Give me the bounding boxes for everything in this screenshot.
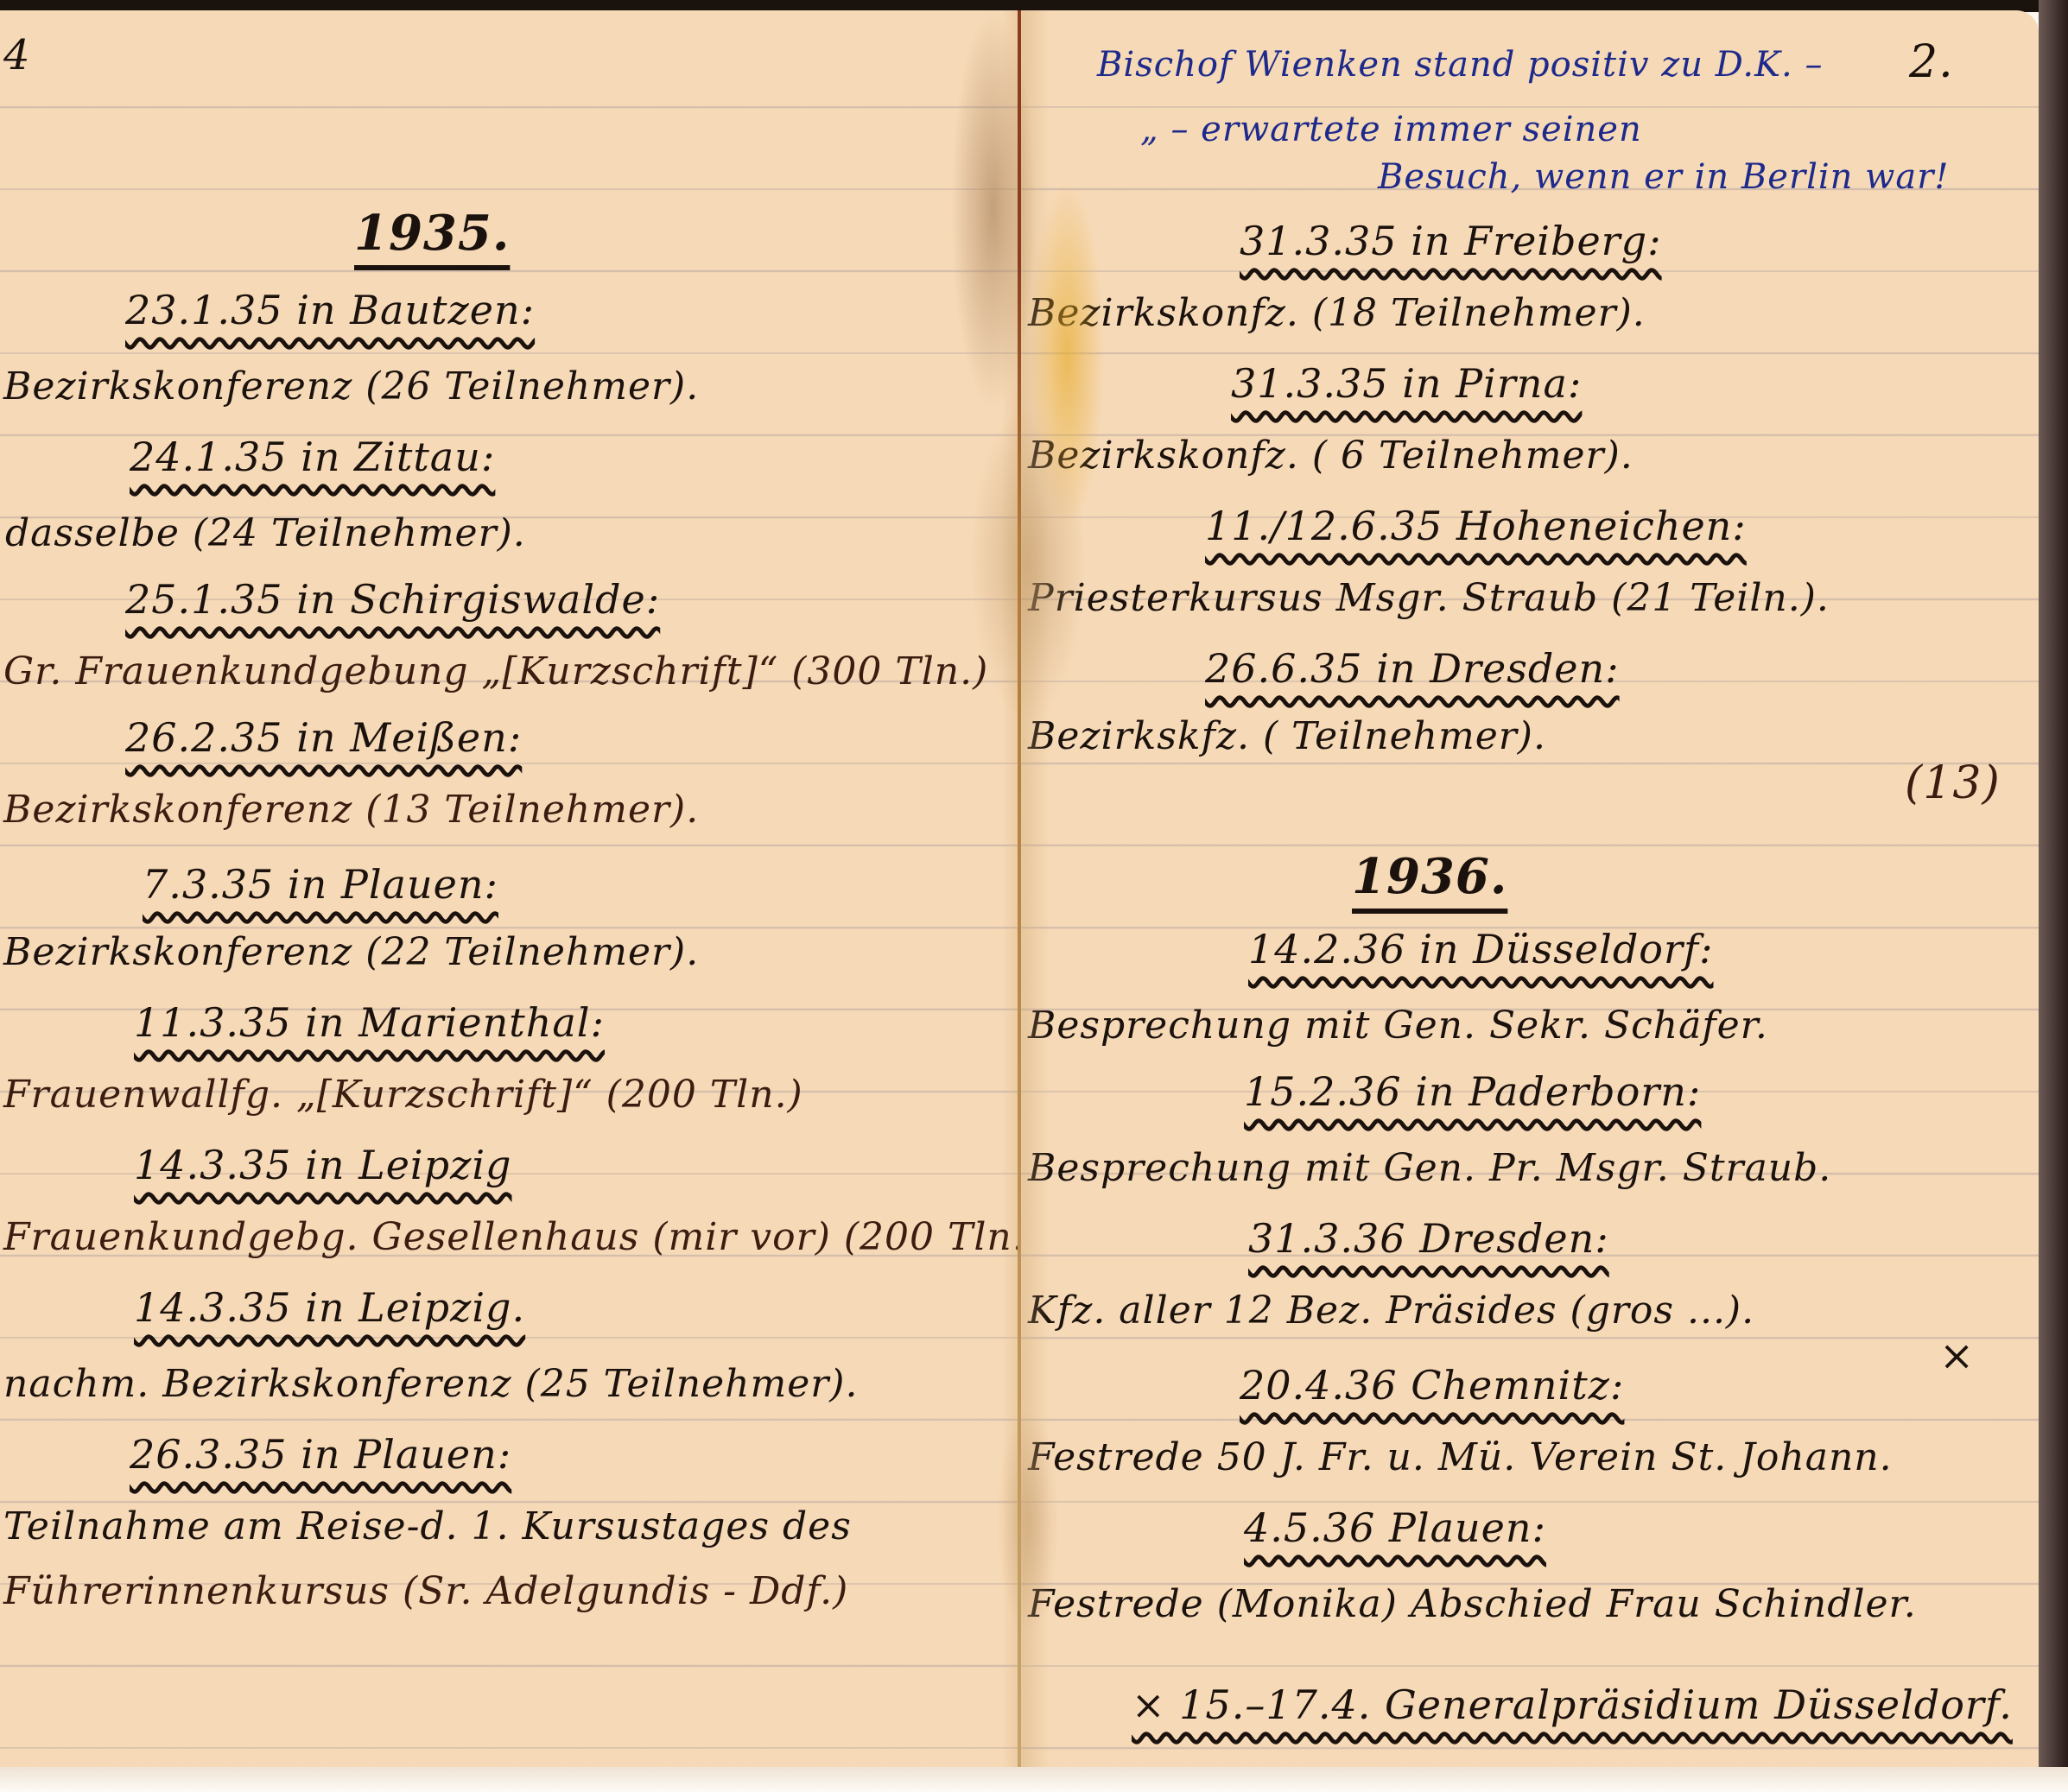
entry-text: Besprechung mit Gen. Sekr. Schäfer. [1028, 1004, 1768, 1048]
entry-heading: 4.5.36 Plauen: [1244, 1504, 1546, 1551]
entry-heading: 20.4.36 Chemnitz: [1240, 1362, 1624, 1409]
entry-heading: 15.2.36 in Paderborn: [1244, 1068, 1701, 1115]
entry-heading: 11.3.35 in Marienthal: [134, 999, 605, 1046]
entry-text: Besprechung mit Gen. Pr. Msgr. Straub. [1028, 1146, 1831, 1190]
entry-text: Bezirkskonferenz (26 Teilnehmer). [3, 364, 699, 408]
blue-annotation-line-1: Bischof Wienken stand positiv zu D.K. – [1097, 45, 1823, 85]
entry-text-continued: Führerinnenkursus (Sr. Adelgundis - Ddf.… [3, 1569, 848, 1613]
entry-text: Festrede (Monika) Abschied Frau Schindle… [1028, 1582, 1917, 1626]
margin-cross-mark: × [1939, 1332, 1975, 1380]
entry-text: nachm. Bezirkskonferenz (25 Teilnehmer). [3, 1362, 858, 1406]
left-page: 4 1935. 23.1.35 in Bautzen: Bezirkskonfe… [0, 10, 1019, 1767]
entry-heading: 25.1.35 in Schirgiswalde: [125, 576, 660, 623]
entry-text: Bezirkskfz. ( Teilnehmer). [1028, 714, 1546, 758]
entry-heading: 7.3.35 in Plauen: [143, 861, 498, 908]
entry-text: Frauenwallfg. „[Kurzschrift]“ (200 Tln.) [3, 1073, 803, 1117]
entry-heading: 11./12.6.35 Hoheneichen: [1205, 503, 1747, 549]
entry-text: Gr. Frauenkundgebung „[Kurzschrift]“ (30… [3, 649, 988, 693]
binding-seam [1018, 10, 1021, 1769]
entry-text: dasselbe (24 Teilnehmer). [5, 511, 526, 555]
entry-heading: 14.2.36 in Düsseldorf: [1248, 926, 1713, 972]
count-note: (13) [1905, 757, 2001, 809]
entry-text: Bezirkskonferenz (22 Teilnehmer). [3, 930, 699, 974]
entry-text: Frauenkundgebg. Gesellenhaus (mir vor) (… [3, 1215, 1019, 1259]
entry-text: Teilnahme am Reise-d. 1. Kursustages des [3, 1504, 852, 1548]
entry-text: Bezirkskonfz. (18 Teilnehmer). [1028, 291, 1646, 335]
entry-heading: 31.3.36 Dresden: [1248, 1215, 1609, 1262]
entry-heading: 31.3.35 in Freiberg: [1240, 218, 1662, 264]
entry-heading: 14.3.35 in Leipzig. [134, 1284, 525, 1331]
scan-bottom-edge [0, 1767, 2068, 1792]
entry-text: Kfz. aller 12 Bez. Präsides (gros ...). [1028, 1289, 1754, 1333]
entry-heading: 26.6.35 in Dresden: [1205, 645, 1620, 692]
scan-right-edge [2039, 0, 2068, 1779]
entry-text: Bezirkskonfz. ( 6 Teilnehmer). [1028, 434, 1633, 478]
entry-heading: 24.1.35 in Zittau: [130, 434, 495, 480]
entry-heading: 31.3.35 in Pirna: [1231, 360, 1582, 407]
page-number: 2. [1909, 36, 1954, 88]
entry-text: Bezirkskonferenz (13 Teilnehmer). [3, 788, 699, 832]
entry-heading: 14.3.35 in Leipzig [134, 1142, 511, 1188]
entry-heading: 26.3.35 in Plauen: [130, 1431, 511, 1478]
blue-annotation-line-2: „ – erwartete immer seinen [1140, 110, 1642, 149]
blue-annotation-line-3: Besuch, wenn er in Berlin war! [1378, 157, 1949, 197]
footer-note: × 15.–17.4. Generalpräsidium Düsseldorf. [1132, 1681, 2013, 1728]
corner-mark: 4 [3, 31, 31, 79]
year-heading-1935: 1935. [354, 205, 510, 262]
entry-text: Festrede 50 J. Fr. u. Mü. Verein St. Joh… [1028, 1435, 1893, 1479]
right-page: Bischof Wienken stand positiv zu D.K. – … [1019, 10, 2039, 1772]
year-heading-1936: 1936. [1352, 848, 1507, 905]
entry-heading: 26.2.35 in Meißen: [125, 714, 522, 761]
entry-heading: 23.1.35 in Bautzen: [125, 287, 535, 333]
entry-text: Priesterkursus Msgr. Straub (21 Teiln.). [1028, 576, 1830, 620]
